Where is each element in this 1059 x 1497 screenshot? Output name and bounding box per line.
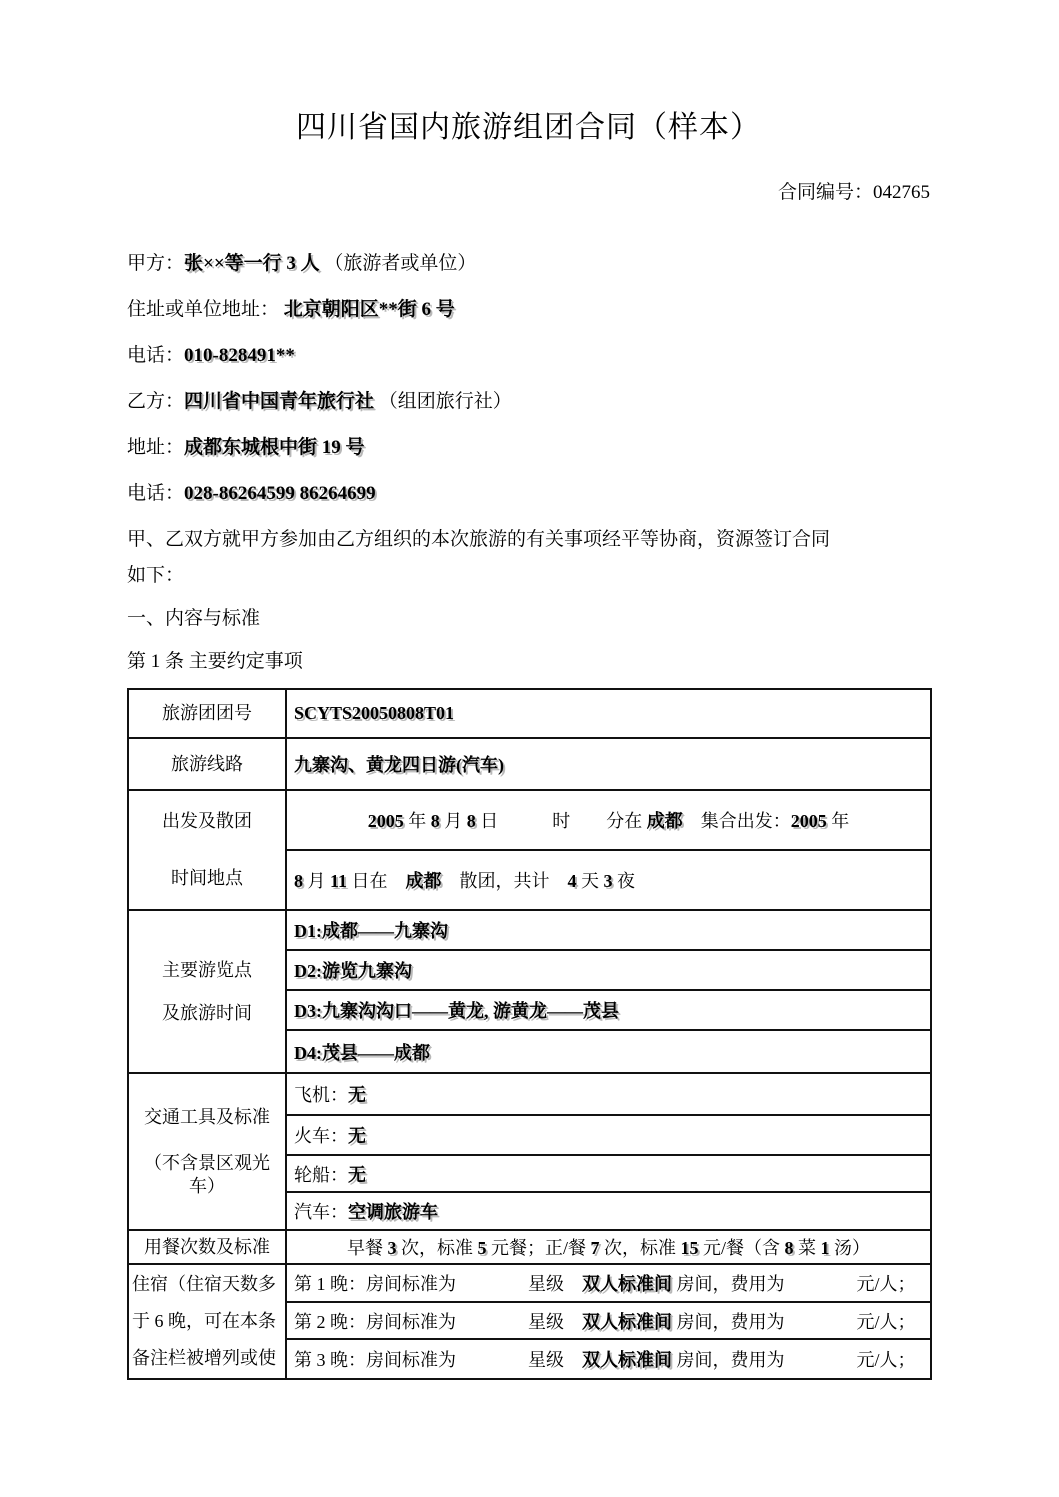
field-value: D1:成都——九寨沟 (294, 921, 448, 941)
row-label: 主要游览点及旅游时间 (128, 910, 286, 1073)
row-label: 旅游团团号 (128, 689, 286, 738)
table-cell: 第 3 晚：房间标准为 星级 双人标准间 房间，费用为 元/人； (286, 1339, 931, 1379)
text-run: 第 1 晚：房间标准为 星级 (294, 1274, 582, 1294)
field-value: 8 (294, 871, 303, 891)
table-row: 主要游览点及旅游时间D1:成都——九寨沟 (128, 910, 931, 950)
field-value: 无 (348, 1126, 366, 1146)
field-value: 九寨沟、黄龙四日游(汽车) (294, 755, 504, 775)
text-run: 散团，共计 (442, 871, 568, 891)
text-run: 日在 (347, 871, 406, 891)
text-run: 月 (303, 871, 330, 891)
table-cell: D2:游览九寨沟 (286, 950, 931, 990)
table-cell: 早餐 3 次，标准 5 元餐；正/餐 7 次，标准 15 元/餐（含 8 菜 1… (286, 1230, 931, 1264)
field-value: 双人标准间 (582, 1350, 672, 1370)
field-value: 15 (681, 1238, 699, 1258)
row-label: 出发及散团时间地点 (128, 790, 286, 910)
field-value: 成都 (647, 811, 683, 831)
field-value: 成都东城根中街 19 号 (184, 437, 365, 458)
text-run: 早餐 (347, 1238, 388, 1258)
contract-number-label: 合同编号： (778, 182, 873, 203)
text-run: 第 2 晚：房间标准为 星级 (294, 1312, 582, 1332)
document-title: 四川省国内旅游组团合同（样本） (127, 106, 930, 150)
table-cell: 汽车：空调旅游车 (286, 1192, 931, 1230)
row-label-line: 交通工具及标准 (144, 1106, 270, 1129)
table-cell: 飞机：无 (286, 1073, 931, 1115)
table-row: 旅游线路九寨沟、黄龙四日游(汽车) (128, 738, 931, 790)
text-run: 甲方： (127, 253, 184, 274)
table-cell: D3:九寨沟沟口——黄龙, 游黄龙——茂县 (286, 990, 931, 1030)
field-value: 11 (330, 871, 347, 891)
field-value: 3 (604, 871, 613, 891)
field-value: D3:九寨沟沟口——黄龙, 游黄龙——茂县 (294, 1001, 619, 1021)
text-run: 次，标准 (396, 1238, 477, 1258)
text-run: 火车： (294, 1126, 348, 1146)
row-label: 住宿（住宿天数多于 6 晚，可在本条备注栏被增列或使 (128, 1264, 286, 1379)
text-run: 日 时 分在 (476, 811, 647, 831)
table-cell: SCYTS20050808T01 (286, 689, 931, 738)
text-run: 地址： (127, 437, 184, 458)
text-run: 汽车： (294, 1202, 348, 1222)
field-value: 双人标准间 (582, 1274, 672, 1294)
field-value: 张××等一行 3 人 (184, 253, 320, 274)
table-row: 用餐次数及标准早餐 3 次，标准 5 元餐；正/餐 7 次，标准 15 元/餐（… (128, 1230, 931, 1264)
field-value: 4 (568, 871, 577, 891)
document-page: 四川省国内旅游组团合同（样本） 合同编号：042765 甲方：张××等一行 3 … (0, 0, 1059, 1497)
table-row: 住宿（住宿天数多于 6 晚，可在本条备注栏被增列或使第 1 晚：房间标准为 星级… (128, 1264, 931, 1302)
text-run: 住址或单位地址： (127, 299, 284, 320)
field-value: D4:茂县——成都 (294, 1043, 430, 1063)
row-label: 交通工具及标准 （不含景区观光车） (128, 1073, 286, 1230)
text-run: 汤） (830, 1238, 871, 1258)
field-value: 2005 (368, 811, 404, 831)
field-value: 8 (431, 811, 440, 831)
table-cell: 第 1 晚：房间标准为 星级 双人标准间 房间，费用为 元/人； (286, 1264, 931, 1302)
table-cell: 8 月 11 日在 成都 散团，共计 4 天 3 夜 (286, 850, 931, 910)
row-label-line (205, 1129, 210, 1152)
field-value: 8 (785, 1238, 794, 1258)
text-run: 次，标准 (600, 1238, 681, 1258)
row-label-line: 备注栏被增列或使 (132, 1340, 276, 1377)
text-run: 飞机： (294, 1085, 348, 1105)
table-cell: 火车：无 (286, 1115, 931, 1155)
text-run: 第 3 晚：房间标准为 星级 (294, 1350, 582, 1370)
clause-heading: 第 1 条 主要约定事项 (127, 648, 930, 675)
field-value: 8 (467, 811, 476, 831)
text-run: 年 (827, 811, 850, 831)
text-run: （旅游者或单位） (320, 253, 477, 274)
row-label: 用餐次数及标准 (128, 1230, 286, 1264)
field-value: 空调旅游车 (348, 1202, 438, 1222)
text-run: 轮船： (294, 1165, 348, 1185)
row-label-line: 主要游览点 (162, 959, 252, 982)
party-a-line: 甲方：张××等一行 3 人 （旅游者或单位） (127, 250, 930, 277)
text-run: 乙方： (127, 391, 184, 412)
section-heading: 一、内容与标准 (127, 605, 930, 632)
table-row: 出发及散团时间地点2005 年 8 月 8 日 时 分在 成都 集合出发：200… (128, 790, 931, 850)
text-run: 元餐；正/餐 (486, 1238, 590, 1258)
row-label-line: 出发及散团 (162, 810, 252, 833)
preamble-line: 甲、乙双方就甲方参加由乙方组织的本次旅游的有关事项经平等协商，资源签订合同 (127, 526, 930, 553)
field-value: 7 (591, 1238, 600, 1258)
table-cell: 轮船：无 (286, 1155, 931, 1192)
table-row: 旅游团团号SCYTS20050808T01 (128, 689, 931, 738)
row-label-line: 用餐次数及标准 (144, 1236, 270, 1259)
party-b-line: 乙方：四川省中国青年旅行社 （组团旅行社） (127, 388, 930, 415)
row-label-line: 旅游团团号 (162, 702, 252, 725)
table-cell: D4:茂县——成都 (286, 1030, 931, 1073)
table-cell: 九寨沟、黄龙四日游(汽车) (286, 738, 931, 790)
row-label-line: 时间地点 (171, 867, 243, 890)
preamble-line-cont: 如下： (127, 562, 930, 589)
table-cell: D1:成都——九寨沟 (286, 910, 931, 950)
text-run: 电话： (127, 483, 184, 504)
field-value: 无 (348, 1085, 366, 1105)
table-cell: 2005 年 8 月 8 日 时 分在 成都 集合出发：2005 年 (286, 790, 931, 850)
row-label-line: 旅游线路 (171, 753, 243, 776)
party-b-phone-line: 电话：028-86264599 86264699 (127, 480, 930, 507)
row-label: 旅游线路 (128, 738, 286, 790)
party-a-address-line: 住址或单位地址： 北京朝阳区**街 6 号 (127, 296, 930, 323)
row-label-line: 及旅游时间 (162, 1002, 252, 1025)
text-run: 集合出发： (683, 811, 791, 831)
party-a-phone-line: 电话：010-828491** (127, 342, 930, 369)
field-value: 2005 (791, 811, 827, 831)
field-value: 四川省中国青年旅行社 (184, 391, 374, 412)
field-value: 无 (348, 1165, 366, 1185)
field-value: SCYTS20050808T01 (294, 703, 454, 723)
text-run: （组团旅行社） (374, 391, 512, 412)
text-run: 房间，费用为 元/人； (672, 1274, 916, 1294)
party-b-address-line: 地址：成都东城根中街 19 号 (127, 434, 930, 461)
field-value: 010-828491** (184, 345, 295, 366)
contract-table: 旅游团团号SCYTS20050808T01旅游线路九寨沟、黄龙四日游(汽车)出发… (127, 688, 932, 1380)
text-run: 房间，费用为 元/人； (672, 1350, 916, 1370)
text-run: 电话： (127, 345, 184, 366)
text-run: 天 (577, 871, 604, 891)
text-run: 菜 (794, 1238, 821, 1258)
contract-number-value: 042765 (873, 182, 930, 203)
text-run: 月 (440, 811, 467, 831)
field-value: 1 (821, 1238, 830, 1258)
table-cell: 第 2 晚：房间标准为 星级 双人标准间 房间，费用为 元/人； (286, 1302, 931, 1339)
intro-lines: 甲方：张××等一行 3 人 （旅游者或单位）住址或单位地址： 北京朝阳区**街 … (127, 250, 930, 507)
contract-number-line: 合同编号：042765 (127, 180, 930, 206)
field-value: D2:游览九寨沟 (294, 961, 412, 981)
row-label-line: 住宿（住宿天数多 (132, 1266, 276, 1303)
contract-table-host: 旅游团团号SCYTS20050808T01旅游线路九寨沟、黄龙四日游(汽车)出发… (127, 688, 930, 1380)
field-value: 双人标准间 (582, 1312, 672, 1332)
field-value: 北京朝阳区**街 6 号 (284, 299, 455, 320)
field-value: 028-86264599 86264699 (184, 483, 376, 504)
text-run: 元/餐（含 (699, 1238, 785, 1258)
table-row: 交通工具及标准 （不含景区观光车）飞机：无 (128, 1073, 931, 1115)
text-run: 夜 (613, 871, 636, 891)
text-run: 年 (404, 811, 431, 831)
field-value: 成都 (406, 871, 442, 891)
row-label-line: 车） (189, 1175, 225, 1198)
text-run: 房间，费用为 元/人； (672, 1312, 916, 1332)
row-label-line: 于 6 晚，可在本条 (132, 1303, 276, 1340)
row-label-line: （不含景区观光 (144, 1152, 270, 1175)
